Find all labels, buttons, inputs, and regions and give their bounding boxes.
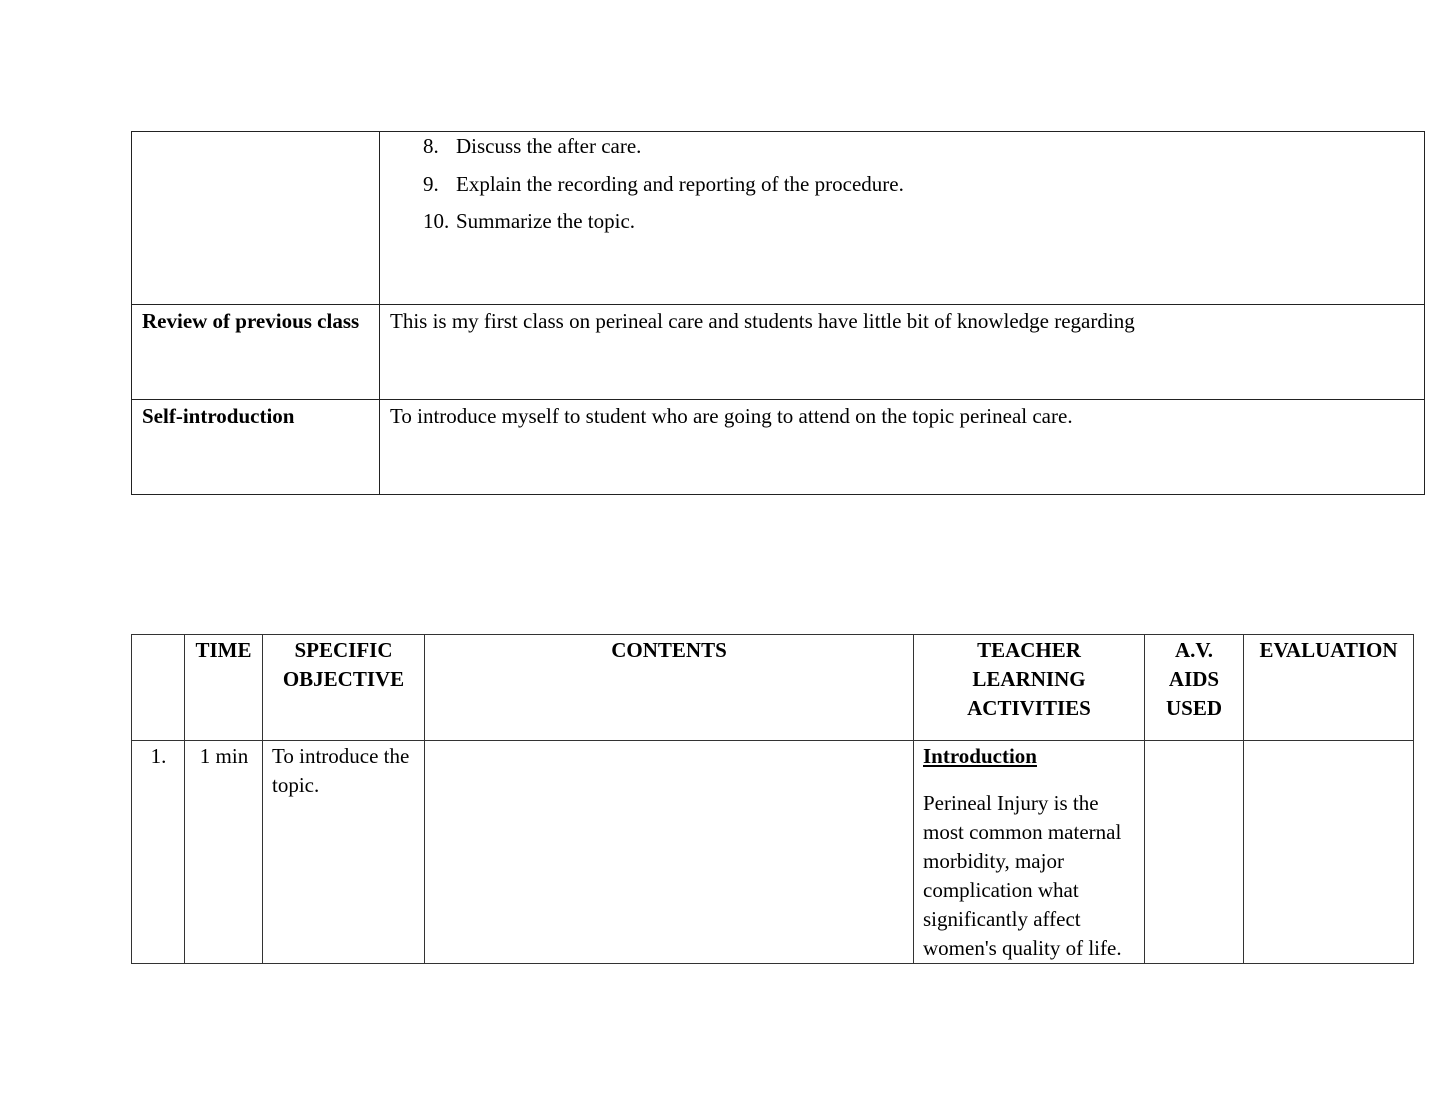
header-text: CONTENTS <box>611 638 727 662</box>
header-text: OBJECTIVE <box>267 665 420 694</box>
objectives-list: 8.Discuss the after care. 9.Explain the … <box>380 132 1424 245</box>
header-text: SPECIFIC <box>267 636 420 665</box>
objective-number: 8. <box>423 132 456 160</box>
header-teacher-learning-activities: TEACHERLEARNINGACTIVITIES <box>914 635 1145 741</box>
header-text: A.V. <box>1149 636 1239 665</box>
row-value: This is my first class on perineal care … <box>380 305 1425 400</box>
header-time: TIME <box>185 635 263 741</box>
table-row: Review of previous class This is my firs… <box>132 305 1425 400</box>
header-text: USED <box>1149 694 1239 723</box>
objective-item: 8.Discuss the after care. <box>423 132 1424 170</box>
header-contents: CONTENTS <box>425 635 914 741</box>
row-value: To introduce myself to student who are g… <box>380 400 1425 495</box>
cell-evaluation <box>1244 741 1414 964</box>
table-row: 1. 1 min To introduce the topic. Introdu… <box>132 741 1414 964</box>
header-text: AIDS <box>1149 665 1239 694</box>
row-label: Self-introduction <box>132 400 380 495</box>
header-sno <box>132 635 185 741</box>
header-text: EVALUATION <box>1259 638 1397 662</box>
header-specific-objective: SPECIFICOBJECTIVE <box>263 635 425 741</box>
objective-item: 10.Summarize the topic. <box>423 207 1424 245</box>
row-label: Review of previous class <box>132 305 380 400</box>
cell-objective: To introduce the topic. <box>263 741 425 964</box>
objectives-cell: 8.Discuss the after care. 9.Explain the … <box>380 132 1425 305</box>
empty-label-cell <box>132 132 380 305</box>
header-text: LEARNING <box>918 665 1140 694</box>
cell-sno: 1. <box>132 741 185 964</box>
objective-text: Summarize the topic. <box>456 209 635 233</box>
header-evaluation: EVALUATION <box>1244 635 1414 741</box>
lesson-plan-table: TIME SPECIFICOBJECTIVE CONTENTS TEACHERL… <box>131 634 1414 964</box>
objective-text: Discuss the after care. <box>456 134 641 158</box>
cell-time: 1 min <box>185 741 263 964</box>
tla-heading: Introduction <box>923 742 1136 771</box>
header-text: TIME <box>195 638 251 662</box>
objective-number: 9. <box>423 170 456 198</box>
cell-av-aids <box>1145 741 1244 964</box>
cell-contents <box>425 741 914 964</box>
header-text: TEACHER <box>918 636 1140 665</box>
lesson-info-table: 8.Discuss the after care. 9.Explain the … <box>131 131 1425 495</box>
table-row: Self-introduction To introduce myself to… <box>132 400 1425 495</box>
cell-teacher-learning-activities: Introduction Perineal Injury is the most… <box>914 741 1145 964</box>
header-av-aids: A.V.AIDSUSED <box>1145 635 1244 741</box>
tla-text: Perineal Injury is the most common mater… <box>923 789 1136 963</box>
objective-number: 10. <box>423 207 456 235</box>
header-text: ACTIVITIES <box>918 694 1140 723</box>
objective-item: 9.Explain the recording and reporting of… <box>423 170 1424 208</box>
header-row: TIME SPECIFICOBJECTIVE CONTENTS TEACHERL… <box>132 635 1414 741</box>
objective-text: Explain the recording and reporting of t… <box>456 172 904 196</box>
